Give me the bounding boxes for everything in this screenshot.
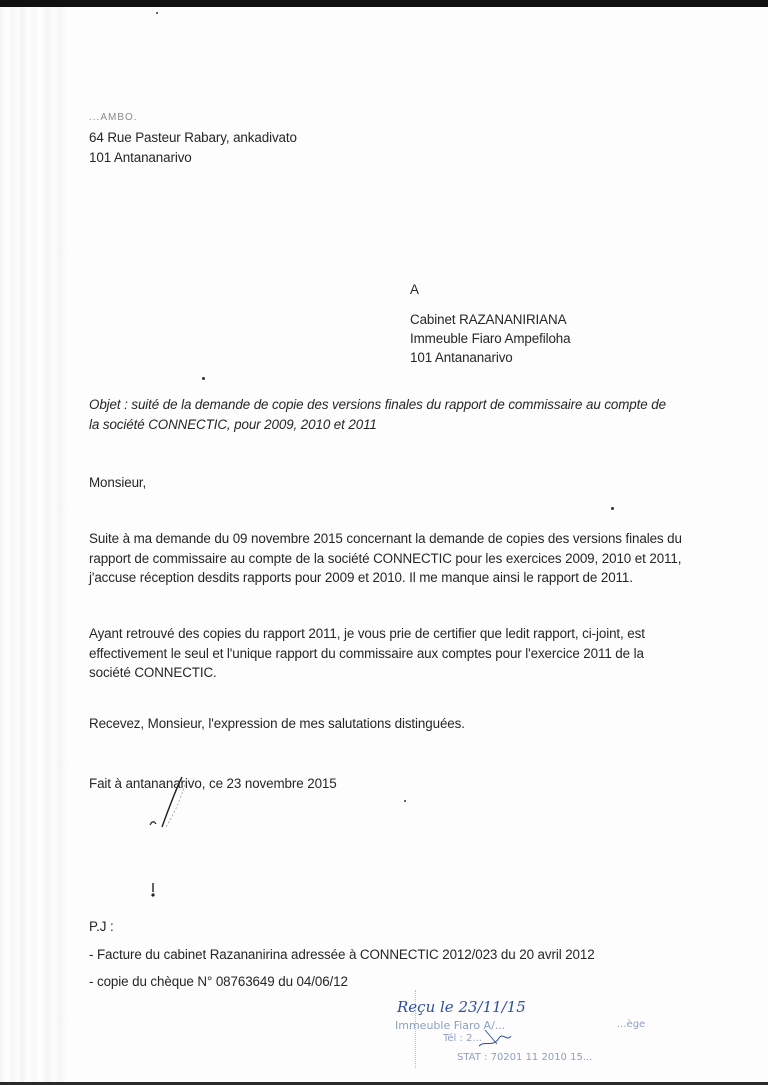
stamp-side-text: ...ège (617, 1019, 645, 1030)
recipient-name: Cabinet RAZANANIRIANA (410, 311, 566, 328)
paragraph-1-line: rapport de commissaire au compte de la s… (89, 550, 681, 567)
attachment-item: - Facture du cabinet Razananirina adress… (89, 946, 595, 963)
recipient-city: 101 Antananarivo (410, 349, 513, 366)
paragraph-2-line: effectivement le seul et l'unique rappor… (89, 645, 644, 662)
sender-address-line1: 64 Rue Pasteur Rabary, ankadivato (89, 129, 297, 146)
attachment-item: - copie du chèque N° 08763649 du 04/06/1… (89, 973, 348, 990)
paragraph-1-line: Suite à ma demande du 09 novembre 2015 c… (89, 530, 682, 547)
subject-line1: Objet : suité de la demande de copie des… (89, 396, 666, 413)
scan-speck (202, 377, 205, 380)
place-date: Fait à antananarivo, ce 23 novembre 2015 (89, 775, 337, 792)
salutation: Monsieur, (89, 474, 146, 491)
recipient-building: Immeuble Fiaro Ampefiloha (410, 330, 571, 347)
letter-page: ...AMBO. 64 Rue Pasteur Rabary, ankadiva… (0, 0, 768, 1085)
paragraph-2-line: Ayant retrouvé des copies du rapport 201… (89, 625, 645, 642)
sender-address-line2: 101 Antananarivo (89, 149, 192, 166)
recipient-prefix: A (410, 281, 419, 298)
signature-mark (140, 775, 210, 845)
subject-line2: la société CONNECTIC, pour 2009, 2010 et… (89, 416, 377, 433)
stamp-handwritten-received: Reçu le 23/11/15 (397, 998, 526, 1016)
sender-name-faded: ...AMBO. (89, 112, 138, 123)
attachments-label: P.J : (89, 918, 114, 935)
scan-speck (611, 507, 614, 510)
paragraph-1-line: j'accuse réception desdits rapports pour… (89, 569, 633, 586)
receipt-stamp: Reçu le 23/11/15 Immeuble Fiaro A/... Té… (395, 990, 665, 1070)
closing-formula: Recevez, Monsieur, l'expression de mes s… (89, 715, 465, 732)
scan-speck (404, 800, 406, 802)
paragraph-2-line: société CONNECTIC. (89, 664, 217, 681)
stamp-signature-scribble (475, 1026, 515, 1056)
scan-speck (156, 12, 158, 14)
ink-mark (150, 882, 156, 898)
